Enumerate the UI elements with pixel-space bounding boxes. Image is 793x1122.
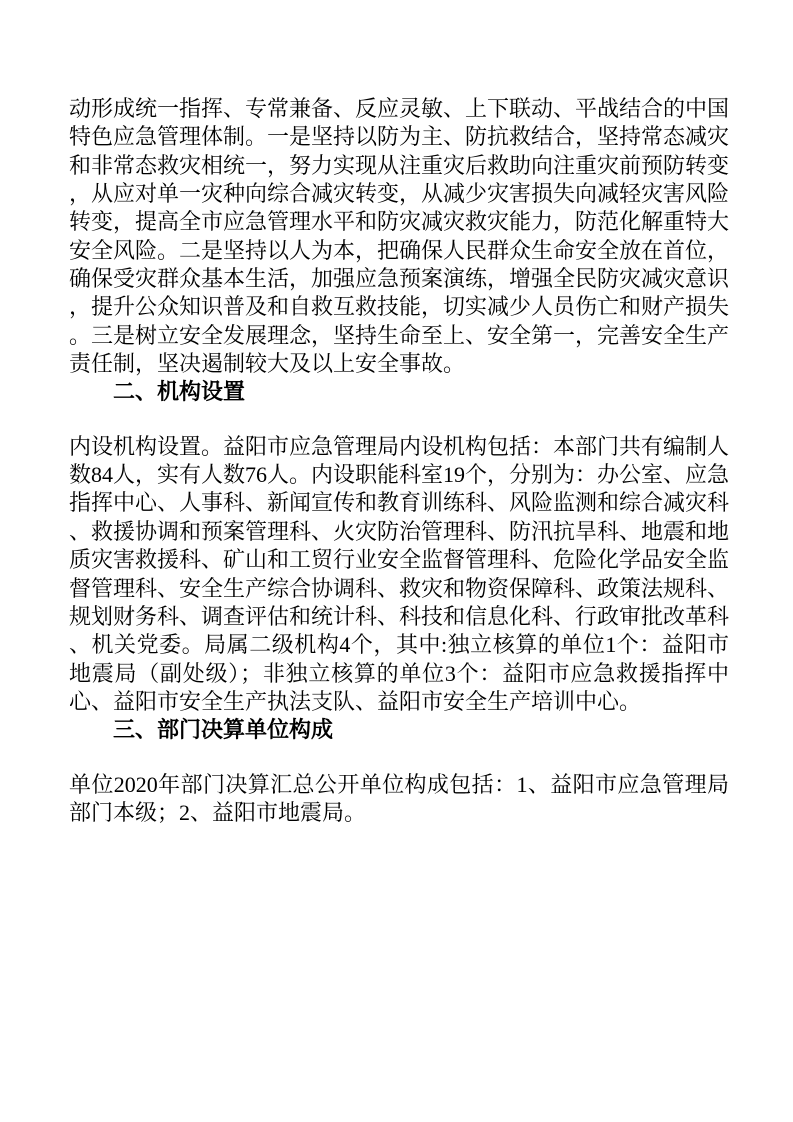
text-line: 内设机构设置。益阳市应急管理局内设机构包括：本部门共有编制人 (69, 433, 729, 461)
text-line: 心、益阳市安全生产执法支队、益阳市安全生产培训中心。 (69, 688, 729, 716)
text-line: 、机关党委。局属二级机构4个，其中:独立核算的单位1个：益阳市 (69, 631, 729, 659)
text-line: ，从应对单一灾种向综合减灾转变，从减少灾害损失向减轻灾害风险 (69, 180, 729, 208)
section-heading-unit-composition: 三、部门决算单位构成 (69, 716, 729, 744)
text-line: 指挥中心、人事科、新闻宣传和教育训练科、风险监测和综合减灾科 (69, 489, 729, 517)
document-content: 动形成统一指挥、专常兼备、反应灵敏、上下联动、平战结合的中国 特色应急管理体制。… (69, 95, 729, 827)
text-line: ，提升公众知识普及和自救互救技能，切实减少人员伤亡和财产损失 (69, 293, 729, 321)
paragraph-unit-composition: 单位2020年部门决算汇总公开单位构成包括：1、益阳市应急管理局 部门本级；2、… (69, 771, 729, 828)
text-line: 。三是树立安全发展理念，坚持生命至上、安全第一，完善安全生产 (69, 322, 729, 350)
text-line: 确保受灾群众基本生活，加强应急预案演练，增强全民防灾减灾意识 (69, 265, 729, 293)
text-line: 督管理科、安全生产综合协调科、救灾和物资保障科、政策法规科、 (69, 575, 729, 603)
text-line: 和非常态救灾相统一，努力实现从注重灾后救助向注重灾前预防转变 (69, 152, 729, 180)
section-heading-org-setup: 二、机构设置 (69, 378, 729, 406)
text-line: 安全风险。二是坚持以人为本，把确保人民群众生命安全放在首位， (69, 237, 729, 265)
text-line: 责任制，坚决遏制较大及以上安全事故。 (69, 350, 729, 378)
text-line: 、救援协调和预案管理科、火灾防治管理科、防汛抗旱科、地震和地 (69, 518, 729, 546)
text-line: 质灾害救援科、矿山和工贸行业安全监督管理科、危险化学品安全监 (69, 546, 729, 574)
text-line: 特色应急管理体制。一是坚持以防为主、防抗救结合，坚持常态减灾 (69, 123, 729, 151)
text-line: 规划财务科、调查评估和统计科、科技和信息化科、行政审批改革科 (69, 603, 729, 631)
document-page: 动形成统一指挥、专常兼备、反应灵敏、上下联动、平战结合的中国 特色应急管理体制。… (0, 0, 793, 1122)
text-line: 动形成统一指挥、专常兼备、反应灵敏、上下联动、平战结合的中国 (69, 95, 729, 123)
paragraph-emergency-system-overview: 动形成统一指挥、专常兼备、反应灵敏、上下联动、平战结合的中国 特色应急管理体制。… (69, 95, 729, 378)
text-line: 转变，提高全市应急管理水平和防灾减灾救灾能力，防范化解重特大 (69, 208, 729, 236)
text-line: 数84人，实有人数76人。内设职能科室19个，分别为：办公室、应急 (69, 461, 729, 489)
paragraph-internal-org: 内设机构设置。益阳市应急管理局内设机构包括：本部门共有编制人 数84人，实有人数… (69, 433, 729, 716)
text-line: 部门本级；2、益阳市地震局。 (69, 799, 729, 827)
text-line: 单位2020年部门决算汇总公开单位构成包括：1、益阳市应急管理局 (69, 771, 729, 799)
text-line: 地震局（副处级）；非独立核算的单位3个：益阳市应急救援指挥中 (69, 660, 729, 688)
